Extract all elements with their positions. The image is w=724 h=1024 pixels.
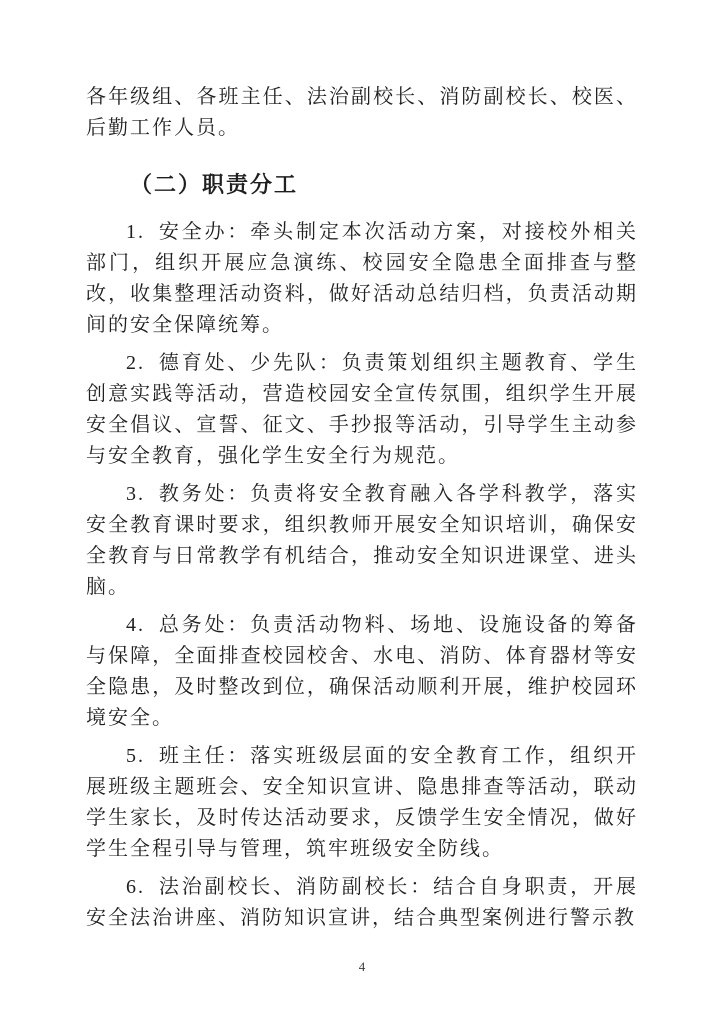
document-page: 各年级组、各班主任、法治副校长、消防副校长、校医、后勤工作人员。 （二）职责分工…	[0, 0, 724, 1024]
intro-paragraph: 各年级组、各班主任、法治副校长、消防副校长、校医、后勤工作人员。	[86, 82, 638, 144]
paragraph-number: 3.	[126, 483, 145, 505]
paragraph-text: 班主任：落实班级层面的安全教育工作，组织开展班级主题班会、安全知识宣讲、隐患排查…	[86, 745, 638, 860]
paragraph-text: 总务处：负责活动物料、场地、设施设备的筹备与保障，全面排查校园校舍、水电、消防、…	[86, 614, 638, 729]
paragraph-item-3: 3.教务处：负责将安全教育融入各学科教学，落实安全教育课时要求，组织教师开展安全…	[86, 479, 638, 603]
page-number: 4	[359, 959, 366, 974]
paragraph-number: 5.	[126, 745, 145, 767]
paragraph-number: 6.	[126, 876, 145, 898]
paragraph-item-4: 4.总务处：负责活动物料、场地、设施设备的筹备与保障，全面排查校园校舍、水电、消…	[86, 610, 638, 734]
paragraph-text: 德育处、少先队：负责策划组织主题教育、学生创意实践等活动，营造校园安全宣传氛围，…	[86, 352, 638, 467]
document-content: 各年级组、各班主任、法治副校长、消防副校长、校医、后勤工作人员。 （二）职责分工…	[86, 82, 638, 941]
paragraph-item-6: 6.法治副校长、消防副校长：结合自身职责，开展安全法治讲座、消防知识宣讲，结合典…	[86, 872, 638, 934]
paragraph-number: 2.	[126, 352, 145, 374]
page-footer: 4	[0, 958, 724, 976]
paragraph-text: 教务处：负责将安全教育融入各学科教学，落实安全教育课时要求，组织教师开展安全知识…	[86, 483, 638, 598]
paragraph-number: 1.	[126, 221, 145, 243]
paragraph-item-2: 2.德育处、少先队：负责策划组织主题教育、学生创意实践等活动，营造校园安全宣传氛…	[86, 348, 638, 472]
paragraph-item-1: 1.安全办：牵头制定本次活动方案，对接校外相关部门，组织开展应急演练、校园安全隐…	[86, 217, 638, 341]
paragraph-number: 4.	[126, 614, 145, 636]
paragraph-text: 法治副校长、消防副校长：结合自身职责，开展安全法治讲座、消防知识宣讲，结合典型案…	[86, 876, 638, 929]
paragraph-item-5: 5.班主任：落实班级层面的安全教育工作，组织开展班级主题班会、安全知识宣讲、隐患…	[86, 741, 638, 865]
paragraph-text: 安全办：牵头制定本次活动方案，对接校外相关部门，组织开展应急演练、校园安全隐患全…	[86, 221, 638, 336]
section-heading: （二）职责分工	[86, 170, 638, 200]
